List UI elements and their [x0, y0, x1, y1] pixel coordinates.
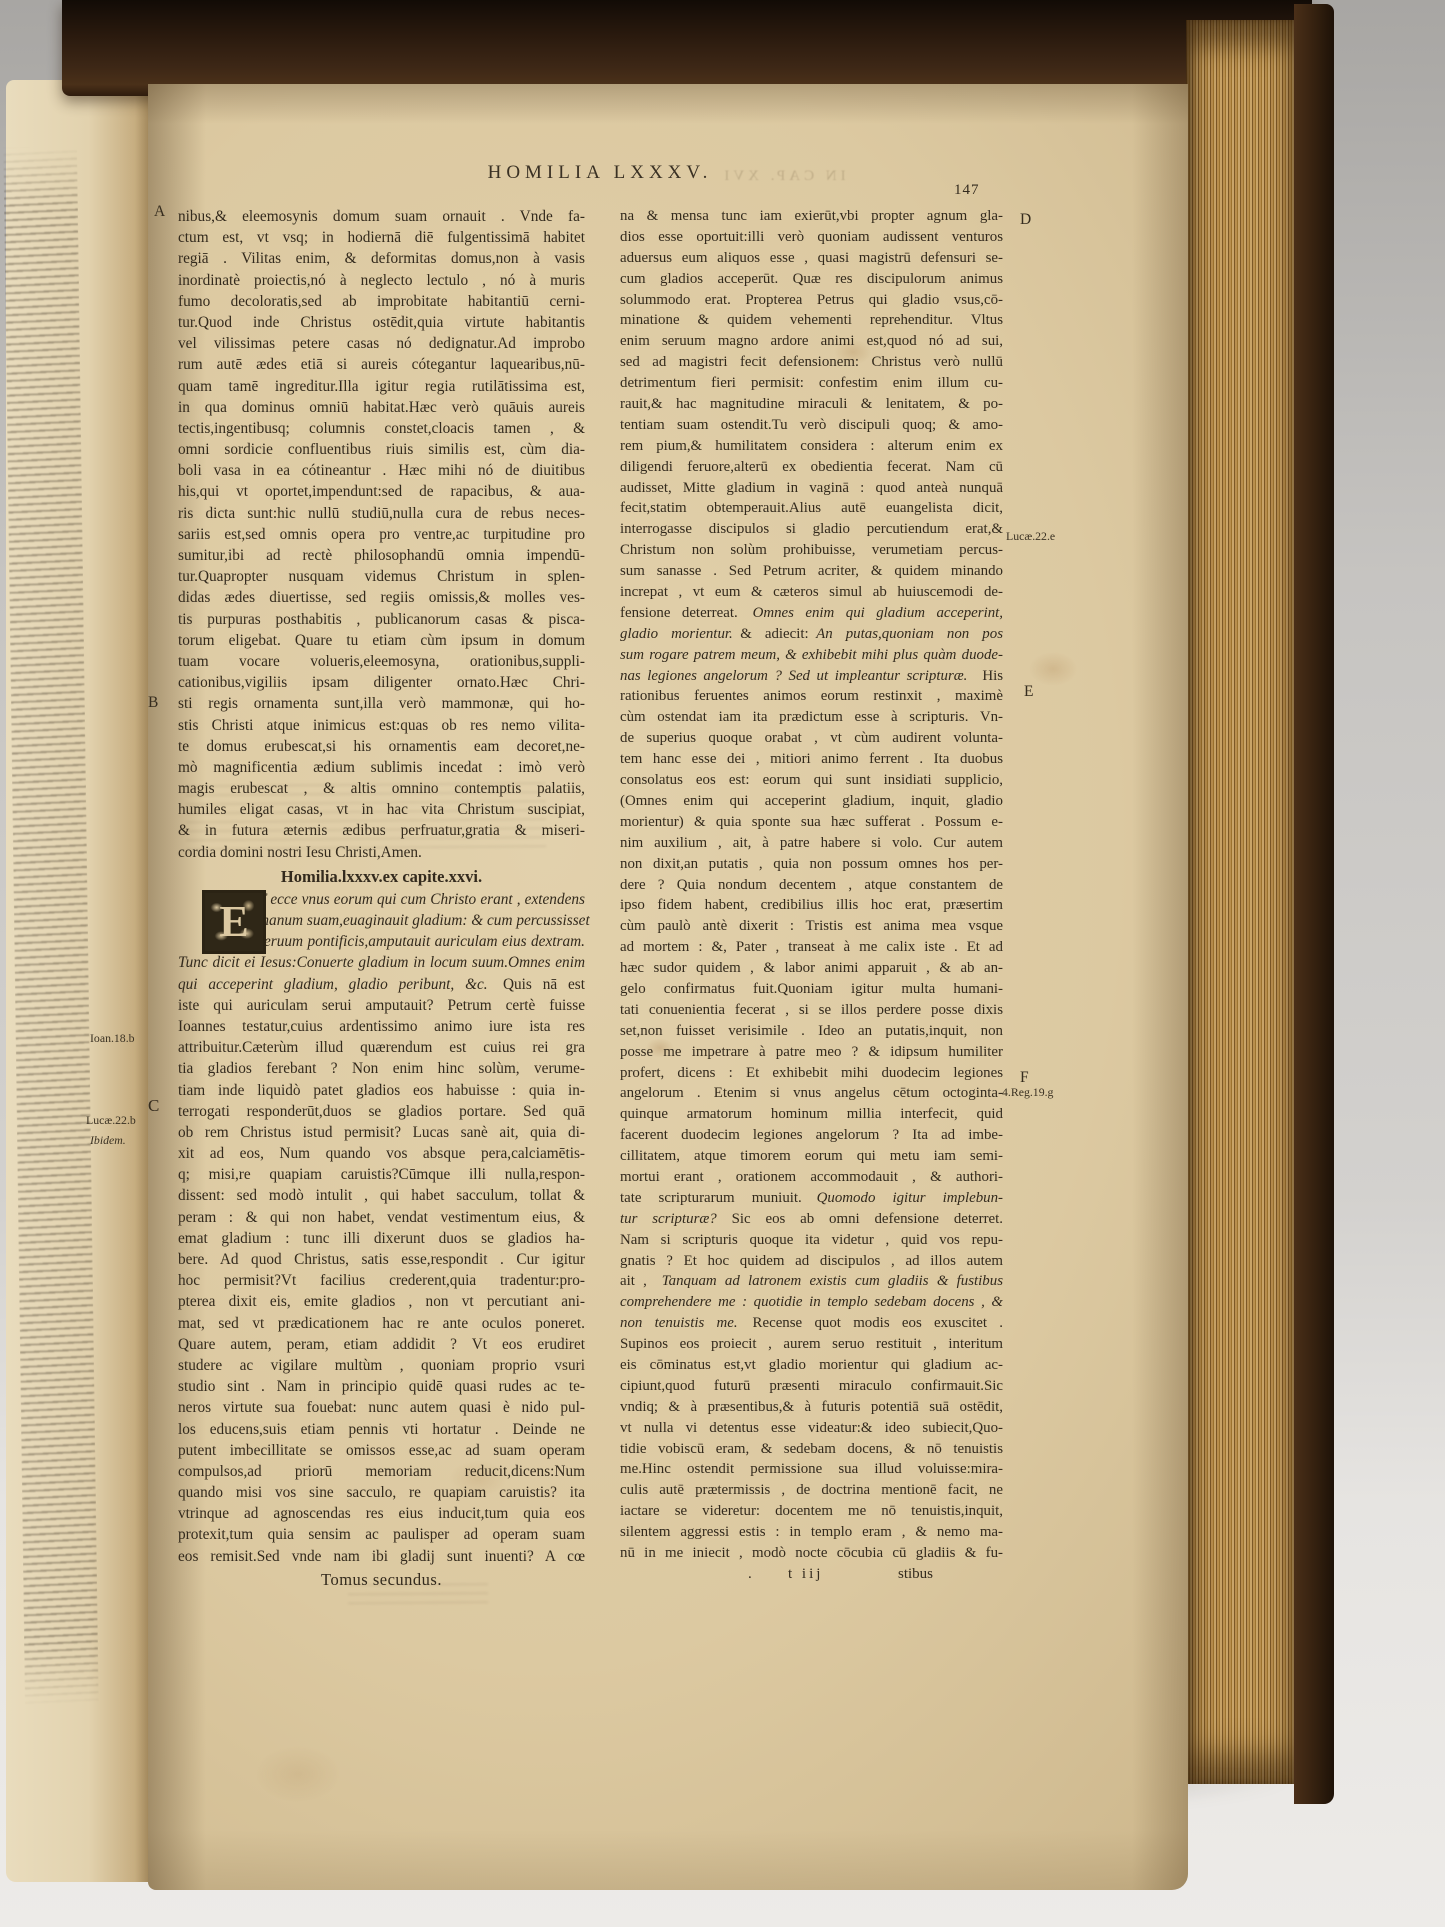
text-line: ipso fidem habent, credibilius illis hoc…: [620, 895, 1003, 916]
text-line: tati conuenientia fecerat , si se illos …: [620, 1000, 1003, 1021]
text-line: sti regis ornamenta sunt,illa verò mammo…: [178, 693, 585, 714]
text-line: attribuitur.Cæterùm illud quærendum est …: [178, 1037, 585, 1058]
text-line: regiā . Vilitas enim, & deformitas domus…: [178, 248, 585, 269]
signature-dot: .: [748, 1566, 788, 1583]
book-cover-edge: [1294, 4, 1334, 1804]
text-line: cum gladios acceperūt. Quæ res discipulo…: [620, 269, 1003, 290]
text-column-right: na & mensa tunc iam exierūt,vbi propter …: [620, 206, 1003, 1583]
text-line: detrimentum fieri permisit: confestim en…: [620, 373, 1003, 394]
text-line: solummodo erat. Propterea Petrus qui gla…: [620, 290, 1003, 311]
text-line: sum sanasse . Sed Petrum acriter, & quid…: [620, 561, 1003, 582]
text-line: minatione & quidem vehementi reprehendit…: [620, 310, 1003, 331]
right-column-block: na & mensa tunc iam exierūt,vbi propter …: [620, 206, 1003, 1564]
text-line: Christum non solùm prohibuisse, verumeti…: [620, 540, 1003, 561]
text-line: ob rem Christus istud permisit? Lucas sa…: [178, 1122, 585, 1143]
margin-ref-ioan: Ioan.18.b: [90, 1031, 135, 1046]
text-line: tate scripturarum muniuit. Quomodo igitu…: [620, 1188, 1003, 1209]
text-line: protexit,tum quia sensim ac paulisper ad…: [178, 1524, 585, 1545]
tomus-line: Tomus secundus.: [178, 1570, 585, 1590]
margin-letter-e: E: [1024, 683, 1033, 701]
text-line: & in futura æternis ædibus perfruatur,gr…: [178, 820, 585, 841]
text-line: tis purpuras posthabitis , publicanorum …: [178, 609, 585, 630]
left-column-block-2: T ecce vnus eorum qui cum Christo erant …: [178, 889, 585, 1567]
text-line: iste qui auriculam serui amputauit? Petr…: [178, 995, 585, 1016]
text-line: compulsos,ad priorū memoriam reducit,dic…: [178, 1461, 585, 1482]
text-line: cùm paulò antè dixerit : Tristis est ani…: [620, 916, 1003, 937]
text-line: cùm ostendat iam ita prædictum esse à sc…: [620, 707, 1003, 728]
text-line: nim auxilium , ait, à patre habere si vo…: [620, 833, 1003, 854]
text-line: mortui erant , orationem accommodauit , …: [620, 1167, 1003, 1188]
text-line: tiam inde liquidò patet gladios eos habu…: [178, 1080, 585, 1101]
text-line: rationibus feruentes animos eorum restin…: [620, 686, 1003, 707]
text-line: nas legiones angelorum ? Sed ut impleant…: [620, 666, 1003, 687]
text-line: non dixit,an putatis , quia non possum o…: [620, 854, 1003, 875]
text-line: in qua dominus omniū habitat.Hæc verò qu…: [178, 397, 585, 418]
text-line: putent imbecillitate se omissos esse,ac …: [178, 1440, 585, 1461]
text-line: quinque armatorum hominum millia interfe…: [620, 1104, 1003, 1125]
text-line: omni sordicie confluentibus riuis simili…: [178, 439, 585, 460]
text-line: pterea dixit eis, emite gladios , non vt…: [178, 1291, 585, 1312]
text-line: enim seruum magno ardore animi est,quod …: [620, 331, 1003, 352]
text-line: magis erubescat , & altis omnino contemp…: [178, 778, 585, 799]
text-line: sum rogare patrem meum, & exhibebit mihi…: [620, 645, 1003, 666]
text-line: neros virtute sua fouebat: nunc autem qu…: [178, 1397, 585, 1418]
text-line: aduersus eum aliquos esse , quasi magist…: [620, 248, 1003, 269]
text-line: eis cōminatus est,vt gladio morientur qu…: [620, 1355, 1003, 1376]
text-line: Supinos eos proiecit , aurem seruo resti…: [620, 1334, 1003, 1355]
text-line: ait , Tanquam ad latronem existis cum gl…: [620, 1271, 1003, 1292]
text-line: comprehendere me : quotidie in templo se…: [620, 1292, 1003, 1313]
margin-letter-a: A: [154, 203, 165, 221]
text-line: vt nulla vi detentus esse videatur:& ide…: [620, 1418, 1003, 1439]
margin-letter-d: D: [1020, 211, 1031, 229]
margin-letter-b: B: [148, 694, 158, 712]
facing-page: [6, 80, 156, 1882]
left-column-block-1: nibus,& eleemosynis domum suam ornauit .…: [178, 206, 585, 863]
text-line: set,non fuisset verisimile . Ideo an put…: [620, 1021, 1003, 1042]
text-line: cordia domini nostri Iesu Christi,Amen.: [178, 842, 585, 863]
text-line: increpat , vt eum & cæteros simul ab hui…: [620, 582, 1003, 603]
text-line: (Omnes enim qui acceperint gladium, inqu…: [620, 791, 1003, 812]
decorated-initial: E: [202, 890, 266, 954]
text-line: emat gladium : tunc illi dixerunt duos s…: [178, 1228, 585, 1249]
text-line: hæc sudor quidem , & labor animi apparui…: [620, 958, 1003, 979]
text-line: tectis,ingentibusq; columnis constet,clo…: [178, 418, 585, 439]
text-line: xit ad eos, Num quando vos absque pera,c…: [178, 1143, 585, 1164]
text-line: quando misi vos sine sacculo, re quapiam…: [178, 1482, 585, 1503]
text-line: non tenuistis me. Recense quot modis eos…: [620, 1313, 1003, 1334]
page-number: 147: [954, 182, 980, 199]
text-line: Nam si scripturis quoque ita videtur , q…: [620, 1230, 1003, 1251]
text-line: gelo confirmatus fuit.Quoniam igitur mul…: [620, 979, 1003, 1000]
text-line: rauit,& hac magnitudine miraculi & lenit…: [620, 394, 1003, 415]
text-line: stis Christi atque inimicus est:quas ob …: [178, 715, 585, 736]
text-line: sariis est,sed omnis opera pro ventre,ac…: [178, 524, 585, 545]
text-line: diligendi feruore,alterū ex obedientia f…: [620, 457, 1003, 478]
text-line: los educens,suis etiam pennis vti hortat…: [178, 1419, 585, 1440]
text-line: cationibus,vigiliis ipsam diligenter orn…: [178, 672, 585, 693]
text-line: tidie vobiscū eram, & sedebam docens, & …: [620, 1439, 1003, 1460]
text-line: profert, dicens : Et exhibebit mihi duod…: [620, 1063, 1003, 1084]
text-line: ris dicta sunt:hic nullū studiū,nulla cu…: [178, 503, 585, 524]
section-heading: Homilia.lxxxv.ex capite.xxvi.: [178, 865, 585, 889]
text-line: tentiam suam ostendit.Tu verò discipuli …: [620, 415, 1003, 436]
margin-ref-4reg: 4.Reg.19.g: [1002, 1085, 1053, 1100]
text-line: rum autē ædes etiā si aureis cótegantur …: [178, 354, 585, 375]
text-line: fumo decoloratis,sed ab improbitate habi…: [178, 291, 585, 312]
text-line: humiles eligat casas, vt in hac vita Chr…: [178, 799, 585, 820]
text-line: sumitur,ibi ad rectè philosophandū omnia…: [178, 545, 585, 566]
text-line: facerent duodecim legiones angelorum ? I…: [620, 1125, 1003, 1146]
text-line: Tunc dicit ei Iesus:Conuerte gladium in …: [178, 952, 585, 973]
text-line: tur.Quod inde Christus ostēdit,quia virt…: [178, 312, 585, 333]
page-edges: [1186, 20, 1298, 1784]
text-line: ad mortem : &, Pater , transeat à me cal…: [620, 937, 1003, 958]
text-line: morientur) & quia sponte sua hæc suffera…: [620, 812, 1003, 833]
book-binding-top: [62, 0, 1312, 96]
text-line: q; misi,re quapiam caruistis?Cūmque illi…: [178, 1164, 585, 1185]
text-line: na & mensa tunc iam exierūt,vbi propter …: [620, 206, 1003, 227]
text-line: terrogati responderūt,duos se gladios po…: [178, 1101, 585, 1122]
text-line: vtrinque ad agnoscendas res eius inducit…: [178, 1503, 585, 1524]
text-line: consolatus eos est: eorum qui sunt insid…: [620, 770, 1003, 791]
running-head: HOMILIA LXXXV.: [400, 162, 800, 184]
margin-ref-lucae22e: Lucæ.22.e: [1006, 529, 1055, 544]
text-line: Ioannes testatur,cuius ardentissimo anim…: [178, 1016, 585, 1037]
text-line: nibus,& eleemosynis domum suam ornauit .…: [178, 206, 585, 227]
text-line: didas ædes diuertisse, sed regiis omissi…: [178, 587, 585, 608]
book-page: IN CAP. XVI HOMILIA LXXXV. 147 A B C D E…: [148, 84, 1188, 1890]
text-line: his,qui vt oportet,impendunt:sed de rapa…: [178, 481, 585, 502]
text-line: tur scripturæ? Sic eos ab omni defension…: [620, 1209, 1003, 1230]
text-line: culis autē prætermissis , de doctrina me…: [620, 1480, 1003, 1501]
text-line: eos remisit.Sed vnde nam ibi gladij sunt…: [178, 1546, 585, 1567]
catchword: stibus: [898, 1566, 933, 1583]
text-line: tuam vocare volueris,eleemosyna, oration…: [178, 651, 585, 672]
text-line: mat, sed vt prædicationem hac re ante oc…: [178, 1313, 585, 1334]
book-photo: IN CAP. XVI HOMILIA LXXXV. 147 A B C D E…: [0, 0, 1445, 1927]
text-line: vel vilissimas petere casas nó dedignatu…: [178, 333, 585, 354]
text-line: silentem aggressi estis : in templo eram…: [620, 1522, 1003, 1543]
text-line: te domus erubescat,si his ornamentis eam…: [178, 736, 585, 757]
text-line: quam tamē ingreditur.Illa igitur regia r…: [178, 376, 585, 397]
text-line: Quare autem, peram, etiam addidit ? Vt e…: [178, 1334, 585, 1355]
text-line: inordinatè proiectis,nó à neglecto lectu…: [178, 270, 585, 291]
text-line: qui acceperint gladium, gladio peribunt,…: [178, 974, 585, 995]
text-line: vndiq; & à præsentibus,& à futuris poten…: [620, 1397, 1003, 1418]
facing-page-text-blur: [3, 146, 99, 1707]
text-line: gnatis ? Et hoc quidem ad discipulos , a…: [620, 1251, 1003, 1272]
text-line: dere ? Quia nondum decentem , atque cons…: [620, 875, 1003, 896]
text-line: dissent: sed modò intulit , qui habet sa…: [178, 1185, 585, 1206]
text-line: me.Hinc ostendit permissione sua illud v…: [620, 1459, 1003, 1480]
text-line: interrogasse discipulos si gladio percut…: [620, 519, 1003, 540]
text-line: mò magnificentia ædium sublimis incedat …: [178, 757, 585, 778]
text-line: cipiunt,quod futurū præsenti miraculo co…: [620, 1376, 1003, 1397]
margin-letter-c: C: [148, 1096, 159, 1116]
text-line: audisset, Mitte gladium in vaginā : quod…: [620, 478, 1003, 499]
text-line: iactare se videretur: docentem me nō ten…: [620, 1501, 1003, 1522]
text-line: ctum est, vt vsq; in hodiernā diē fulgen…: [178, 227, 585, 248]
text-line: studere ac vigilare multùm , quoniam pro…: [178, 1355, 585, 1376]
text-line: sed ad magistri fecit defensionem: Chris…: [620, 352, 1003, 373]
margin-ref-lucae22b: Lucæ.22.b: [86, 1113, 136, 1128]
text-line: tur.Quapropter nusquam videmus Christum …: [178, 566, 585, 587]
text-line: hoc permisit?Vt facilius crederent,quia …: [178, 1270, 585, 1291]
margin-ref-ibidem: Ibidem.: [90, 1133, 126, 1148]
text-line: rem pium,& humilitatem considera : alter…: [620, 436, 1003, 457]
text-line: bere. Ad quod Christus, satis esse,respo…: [178, 1249, 585, 1270]
text-line: dios esse oportuit:illi verò quoniam aud…: [620, 227, 1003, 248]
text-line: posse me impetrare à patre meo ? & idips…: [620, 1042, 1003, 1063]
text-line: cillitatem, atque timorem eorum qui metu…: [620, 1146, 1003, 1167]
text-line: torum eligebat. Quare tu etiam cùm ipsum…: [178, 630, 585, 651]
signature-mark: t iij: [788, 1566, 898, 1583]
text-line: tem hanc esse dei , mitiori animo ferren…: [620, 749, 1003, 770]
text-line: angelorum . Etenim si vnus angelus cētum…: [620, 1083, 1003, 1104]
text-line: fensione deterreat. Omnes enim qui gladi…: [620, 603, 1003, 624]
text-line: studio sint . Nam in principio quidē qua…: [178, 1376, 585, 1397]
text-line: gladio morientur. & adiecit: An putas,qu…: [620, 624, 1003, 645]
text-line: peram : & qui non habet, vendat vestimen…: [178, 1207, 585, 1228]
text-line: tia gladios ferebant ? Non enim hinc sol…: [178, 1058, 585, 1079]
text-line: fecit,statim obtemperauit.Alius autē eua…: [620, 498, 1003, 519]
signature-row: . t iij stibus: [620, 1566, 1003, 1583]
text-line: boli vasa in ea cótineantur . Hæc mihi n…: [178, 460, 585, 481]
text-line: nū in me iniecit , modò nocte cōcubia cū…: [620, 1543, 1003, 1564]
text-line: de superius quoque orabat , vt cùm audir…: [620, 728, 1003, 749]
